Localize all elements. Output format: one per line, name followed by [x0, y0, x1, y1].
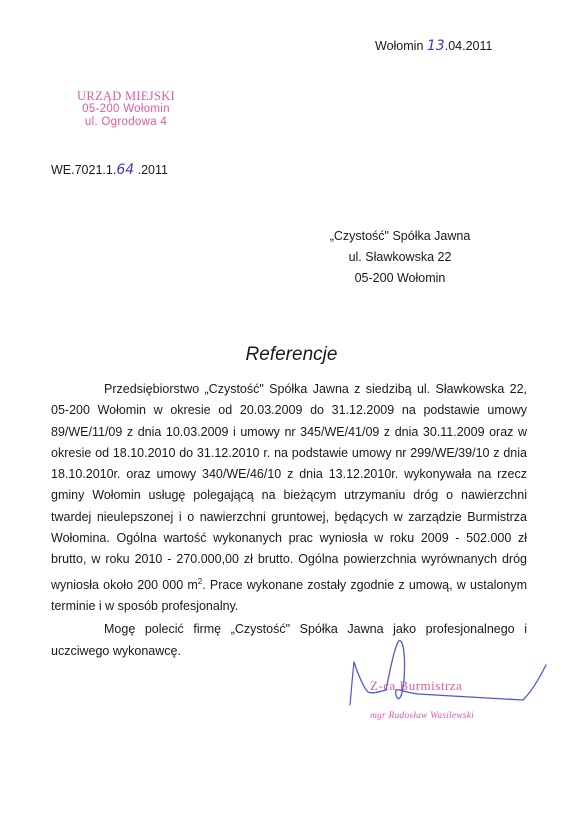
recipient-company: „Czystość" Spółka Jawna [320, 226, 480, 247]
recipient-address: „Czystość" Spółka Jawna ul. Sławkowska 2… [320, 226, 480, 289]
handwritten-signature [338, 640, 553, 730]
letter-body: Przedsiębiorstwo „Czystość" Spółka Jawna… [51, 379, 527, 662]
date-rest: .04.2011 [445, 39, 493, 53]
office-stamp: URZĄD MIEJSKI 05-200 Wołomin ul. Ogrodow… [66, 90, 186, 129]
paragraph-main: Przedsiębiorstwo „Czystość" Spółka Jawna… [51, 379, 527, 617]
stamp-line-street: ul. Ogrodowa 4 [66, 116, 186, 129]
reference-suffix: .2011 [134, 163, 168, 177]
letter-title: Referencje [0, 344, 583, 366]
recipient-city: 05-200 Wołomin [320, 268, 480, 289]
handwritten-day: 13 [427, 38, 445, 54]
reference-prefix: WE.7021.1. [51, 163, 116, 177]
paragraph-main-text: Przedsiębiorstwo „Czystość" Spółka Jawna… [51, 382, 527, 592]
place: Wołomin [375, 39, 423, 53]
place-and-date: Wołomin 13.04.2011 [375, 38, 492, 54]
stamp-line-city: 05-200 Wołomin [66, 103, 186, 116]
recipient-street: ul. Sławkowska 22 [320, 247, 480, 268]
signature-block: Z-ca Burmistrza mgr Radosław Wasilewski [338, 640, 553, 730]
handwritten-reference-number: 64 [116, 162, 134, 178]
stamp-line-office: URZĄD MIEJSKI [66, 90, 186, 103]
reference-number: WE.7021.1.64 .2011 [51, 162, 168, 178]
